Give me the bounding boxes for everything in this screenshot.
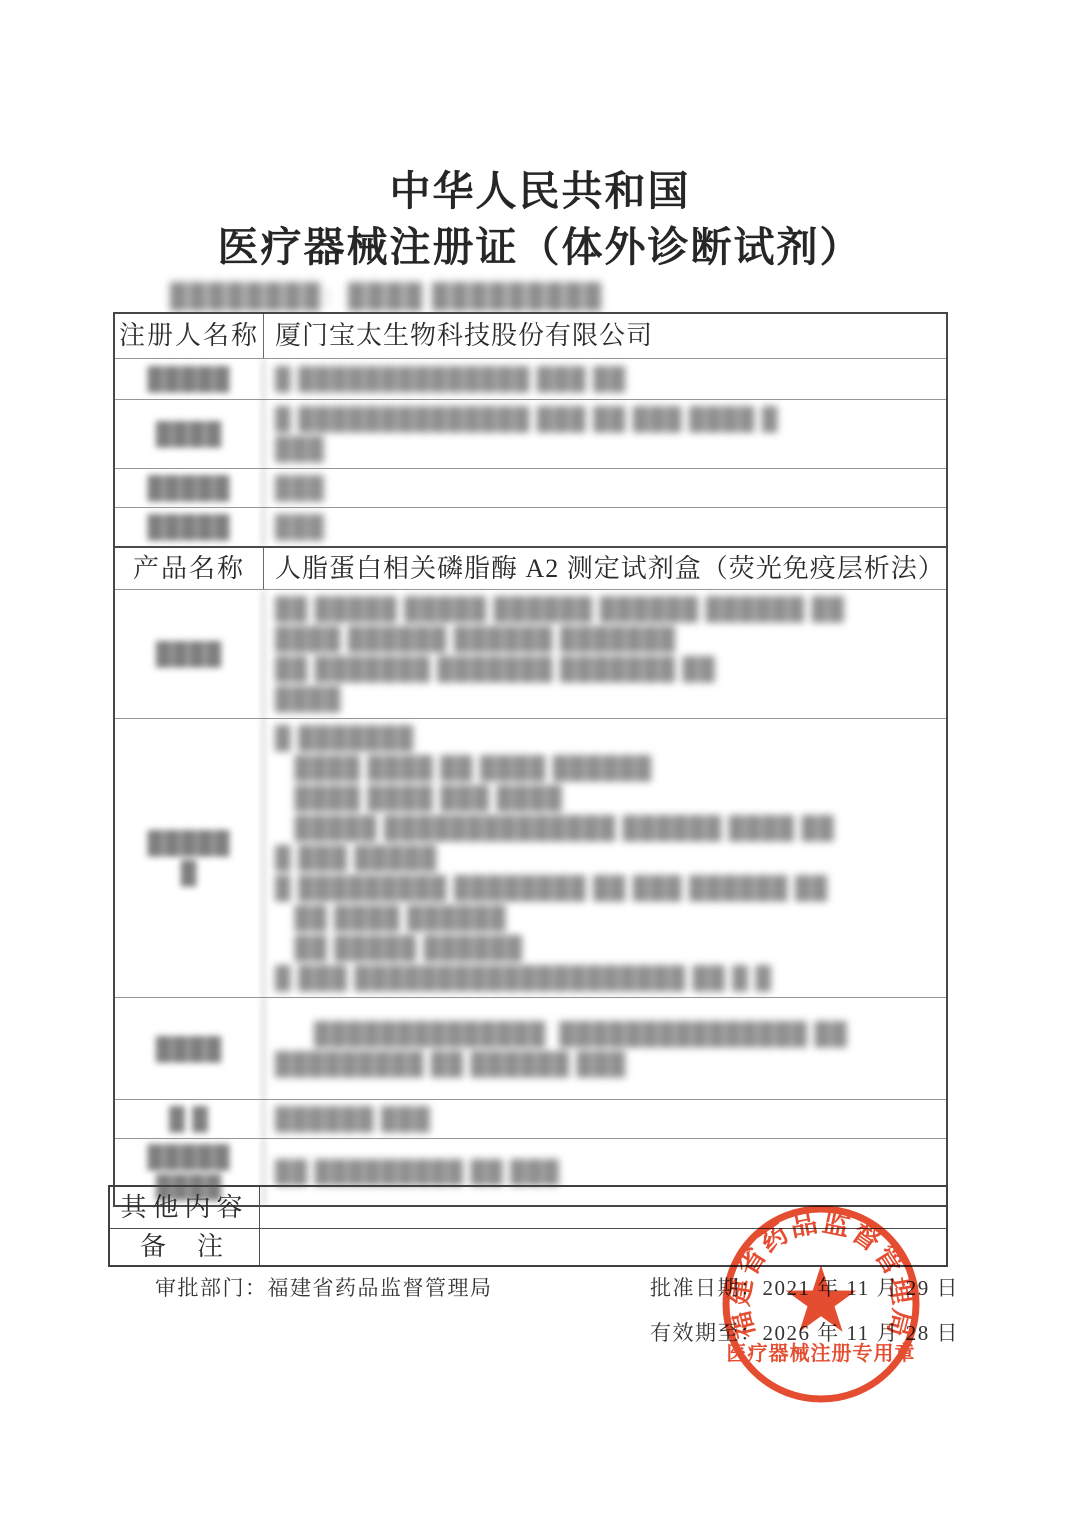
table-row: ████████ bbox=[115, 507, 946, 546]
certificate-table: 注册人名称厦门宝太生物科技股份有限公司██████ ██████████████… bbox=[113, 312, 948, 1207]
row-label: █████ bbox=[115, 359, 264, 399]
page-title-line1: 中华人民共和国 bbox=[0, 158, 1080, 217]
row-content: ██████ ███ bbox=[264, 1100, 946, 1138]
row-label: ████ bbox=[115, 590, 264, 718]
row-label: 其他内容 bbox=[110, 1187, 260, 1228]
table-row: 其他内容 bbox=[110, 1187, 946, 1228]
approval-date: 批准日期：2021 年 11 月 29 日 bbox=[650, 1272, 959, 1302]
row-content bbox=[260, 1229, 946, 1265]
row-content: 人脂蛋白相关磷脂酶 A2 测定试剂盒（荧光免疫层析法） bbox=[264, 548, 946, 589]
row-content: █ ██████████████ ███ ██ bbox=[264, 359, 946, 399]
approval-department: 审批部门：福建省药品监督管理局 bbox=[155, 1272, 493, 1302]
table-row: 备 注 bbox=[110, 1228, 946, 1265]
registration-number-redacted: ████████：████ █████████ bbox=[170, 276, 603, 311]
valid-until-date: 有效期至：2026 年 11 月 28 日 bbox=[650, 1317, 959, 1347]
table-row: █████ ██ ███████ ████ ████ ██ ████ █████… bbox=[115, 718, 946, 997]
row-label: ████ bbox=[115, 400, 264, 468]
table-row: █ ███████ ███ bbox=[115, 1099, 946, 1138]
page-title-line2: 医疗器械注册证（体外诊断试剂） bbox=[0, 214, 1080, 273]
row-label: 产品名称 bbox=[115, 548, 264, 589]
row-content: 厦门宝太生物科技股份有限公司 bbox=[264, 314, 946, 358]
table-row: ████ ██████████████ ███████████████ ██ █… bbox=[115, 997, 946, 1099]
row-label: 备 注 bbox=[110, 1229, 260, 1265]
table-row: ████████ bbox=[115, 468, 946, 507]
table-row: █████ ██████████████ ███ ██ ███ ████ █ █… bbox=[115, 399, 946, 468]
table-row: 注册人名称厦门宝太生物科技股份有限公司 bbox=[115, 314, 946, 358]
row-content: ██████████████ ███████████████ ██ ██████… bbox=[264, 998, 946, 1099]
table-row: 产品名称人脂蛋白相关磷脂酶 A2 测定试剂盒（荧光免疫层析法） bbox=[115, 546, 946, 589]
row-label: ████ bbox=[115, 998, 264, 1099]
table-row: ██████ ██████████████ ███ ██ bbox=[115, 358, 946, 399]
row-content bbox=[260, 1187, 946, 1228]
row-content: ██ █████ █████ ██████ ██████ ██████ ██ █… bbox=[264, 590, 946, 718]
row-label: █████ bbox=[115, 508, 264, 546]
row-content: ███ bbox=[264, 469, 946, 507]
row-label: █████ █ bbox=[115, 719, 264, 997]
extra-table: 其他内容备 注 bbox=[108, 1185, 948, 1267]
row-content: █ ██████████████ ███ ██ ███ ████ █ ███ bbox=[264, 400, 946, 468]
certificate-page: 中华人民共和国 医疗器械注册证（体外诊断试剂） ████████：████ ██… bbox=[0, 0, 1080, 1528]
row-label: 注册人名称 bbox=[115, 314, 264, 358]
row-content: ███ bbox=[264, 508, 946, 546]
row-content: █ ███████ ████ ████ ██ ████ ██████ ████ … bbox=[264, 719, 946, 997]
table-row: ██████ █████ █████ ██████ ██████ ██████ … bbox=[115, 589, 946, 718]
row-label: █████ bbox=[115, 469, 264, 507]
row-label: █ █ bbox=[115, 1100, 264, 1138]
